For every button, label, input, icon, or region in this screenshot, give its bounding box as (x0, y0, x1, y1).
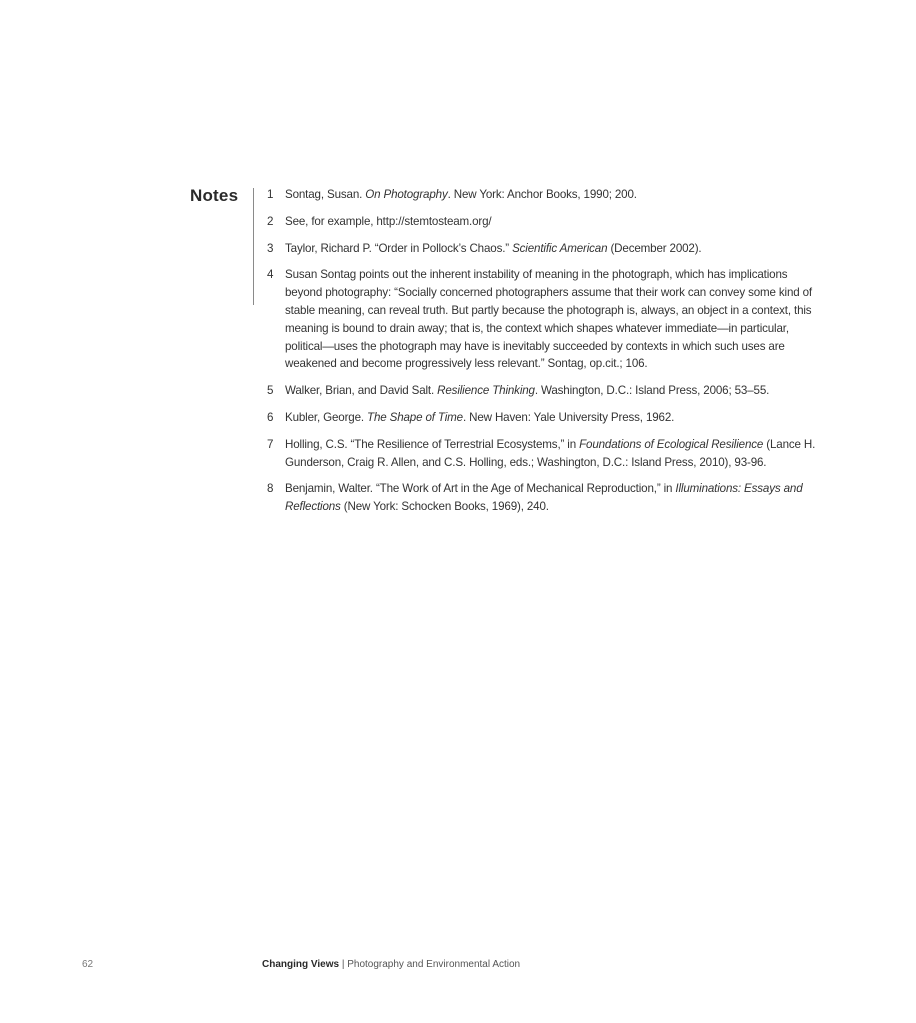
note-title-italic: Scientific American (512, 242, 607, 255)
note-item: 3Taylor, Richard P. “Order in Pollock’s … (262, 240, 822, 258)
note-item: 4Susan Sontag points out the inherent in… (262, 266, 822, 373)
note-text-run: . New York: Anchor Books, 1990; 200. (448, 188, 637, 201)
note-number: 8 (262, 480, 285, 516)
note-text-run: (December 2002). (607, 242, 701, 255)
note-number: 2 (262, 213, 285, 231)
note-text-run: Kubler, George. (285, 411, 367, 424)
notes-heading: Notes (190, 186, 238, 206)
note-item: 5Walker, Brian, and David Salt. Resilien… (262, 382, 822, 400)
note-number: 4 (262, 266, 285, 373)
note-text-run: See, for example, http://stemtosteam.org… (285, 215, 492, 228)
note-number: 1 (262, 186, 285, 204)
note-title-italic: Foundations of Ecological Resilience (579, 438, 763, 451)
book-subtitle: Photography and Environmental Action (347, 959, 520, 970)
running-footer: Changing Views | Photography and Environ… (262, 959, 520, 970)
note-text-run: Sontag, Susan. (285, 188, 365, 201)
note-number: 7 (262, 436, 285, 472)
note-text-run: Taylor, Richard P. “Order in Pollock’s C… (285, 242, 512, 255)
note-text-run: Susan Sontag points out the inherent ins… (285, 268, 812, 370)
note-text-run: Walker, Brian, and David Salt. (285, 384, 437, 397)
note-item: 8Benjamin, Walter. “The Work of Art in t… (262, 480, 822, 516)
note-text-run: (New York: Schocken Books, 1969), 240. (341, 500, 549, 513)
vertical-divider (253, 188, 254, 305)
note-item: 6Kubler, George. The Shape of Time. New … (262, 409, 822, 427)
book-title: Changing Views (262, 959, 339, 970)
note-title-italic: On Photography (365, 188, 447, 201)
note-text: See, for example, http://stemtosteam.org… (285, 213, 822, 231)
note-item: 2See, for example, http://stemtosteam.or… (262, 213, 822, 231)
note-text-run: . New Haven: Yale University Press, 1962… (463, 411, 674, 424)
note-text: Kubler, George. The Shape of Time. New H… (285, 409, 822, 427)
note-title-italic: Resilience Thinking (437, 384, 535, 397)
note-text-run: Holling, C.S. “The Resilience of Terrest… (285, 438, 579, 451)
note-text: Holling, C.S. “The Resilience of Terrest… (285, 436, 822, 472)
note-text: Walker, Brian, and David Salt. Resilienc… (285, 382, 822, 400)
footer-separator: | (339, 959, 347, 970)
note-text: Sontag, Susan. On Photography. New York:… (285, 186, 822, 204)
note-text: Benjamin, Walter. “The Work of Art in th… (285, 480, 822, 516)
note-number: 6 (262, 409, 285, 427)
note-item: 1Sontag, Susan. On Photography. New York… (262, 186, 822, 204)
note-number: 5 (262, 382, 285, 400)
notes-list: 1Sontag, Susan. On Photography. New York… (262, 186, 822, 525)
note-item: 7Holling, C.S. “The Resilience of Terres… (262, 436, 822, 472)
note-text-run: Benjamin, Walter. “The Work of Art in th… (285, 482, 675, 495)
note-text: Taylor, Richard P. “Order in Pollock’s C… (285, 240, 822, 258)
note-text-run: . Washington, D.C.: Island Press, 2006; … (535, 384, 769, 397)
note-number: 3 (262, 240, 285, 258)
page-number: 62 (82, 959, 93, 970)
note-title-italic: The Shape of Time (367, 411, 463, 424)
note-text: Susan Sontag points out the inherent ins… (285, 266, 822, 373)
